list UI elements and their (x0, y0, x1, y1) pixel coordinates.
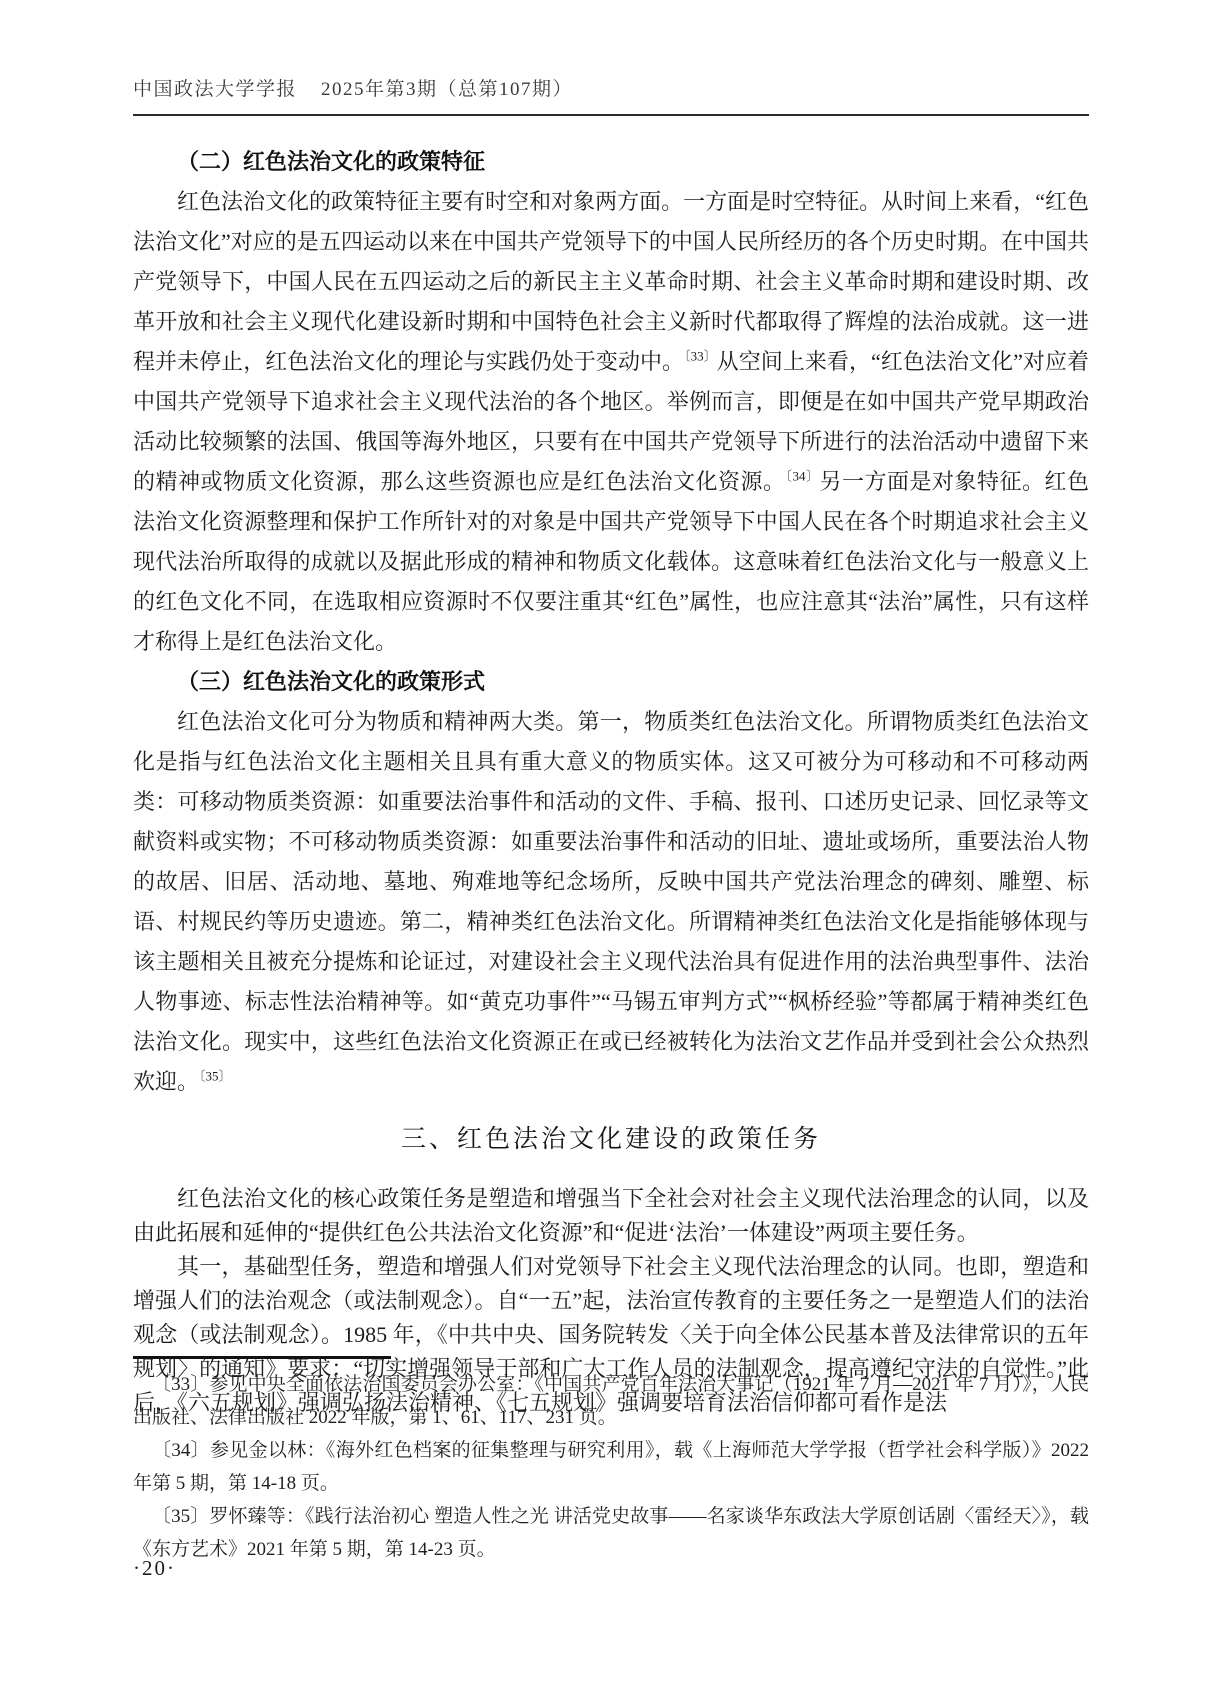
issue-info: 2025年第3期（总第107期） (321, 79, 573, 100)
footnote-34: 〔34〕参见金以林：《海外红色档案的征集整理与研究利用》，载《上海师范大学学报（… (133, 1434, 1089, 1500)
journal-title: 中国政法大学学报 (133, 79, 297, 100)
section-heading-3: 三、红色法治文化建设的政策任务 (133, 1116, 1089, 1164)
subsection-heading-2: （二）红色法治文化的政策特征 (133, 142, 1089, 182)
page-number: ·20· (133, 1556, 176, 1581)
page-header: 中国政法大学学报2025年第3期（总第107期） (133, 74, 1089, 116)
footnote-ref-33: 〔33〕 (684, 349, 717, 364)
footnote-ref-35: 〔35〕 (199, 1069, 232, 1084)
paragraph-policy-forms: 红色法治文化可分为物质和精神两大类。第一，物质类红色法治文化。所谓物质类红色法治… (133, 702, 1089, 1102)
journal-page: 中国政法大学学报2025年第3期（总第107期） （二）红色法治文化的政策特征 … (0, 0, 1217, 1689)
paragraph-text: 红色法治文化可分为物质和精神两大类。第一，物质类红色法治文化。所谓物质类红色法治… (133, 709, 1089, 1094)
paragraph-text: 另一方面是对象特征。红色法治文化资源整理和保护工作所针对的对象是中国共产党领导下… (133, 469, 1089, 654)
paragraph-core-tasks: 红色法治文化的核心政策任务是塑造和增强当下全社会对社会主义现代法治理念的认同，以… (133, 1182, 1089, 1250)
paragraph-text: 红色法治文化的政策特征主要有时空和对象两方面。一方面是时空特征。从时间上来看，“… (133, 189, 1089, 374)
paragraph-policy-features: 红色法治文化的政策特征主要有时空和对象两方面。一方面是时空特征。从时间上来看，“… (133, 182, 1089, 662)
article-body: （二）红色法治文化的政策特征 红色法治文化的政策特征主要有时空和对象两方面。一方… (133, 142, 1089, 1420)
footnote-divider (133, 1356, 391, 1359)
footnote-35: 〔35〕罗怀臻等：《践行法治初心 塑造人性之光 讲活党史故事——名家谈华东政法大… (133, 1500, 1089, 1566)
footnote-ref-34: 〔34〕 (785, 469, 819, 484)
subsection-heading-3: （三）红色法治文化的政策形式 (133, 662, 1089, 702)
footnotes-section: 〔33〕参见中央全面依法治国委员会办公室：《中国共产党百年法治大事记（1921 … (133, 1356, 1089, 1566)
footnote-33: 〔33〕参见中央全面依法治国委员会办公室：《中国共产党百年法治大事记（1921 … (133, 1368, 1089, 1434)
